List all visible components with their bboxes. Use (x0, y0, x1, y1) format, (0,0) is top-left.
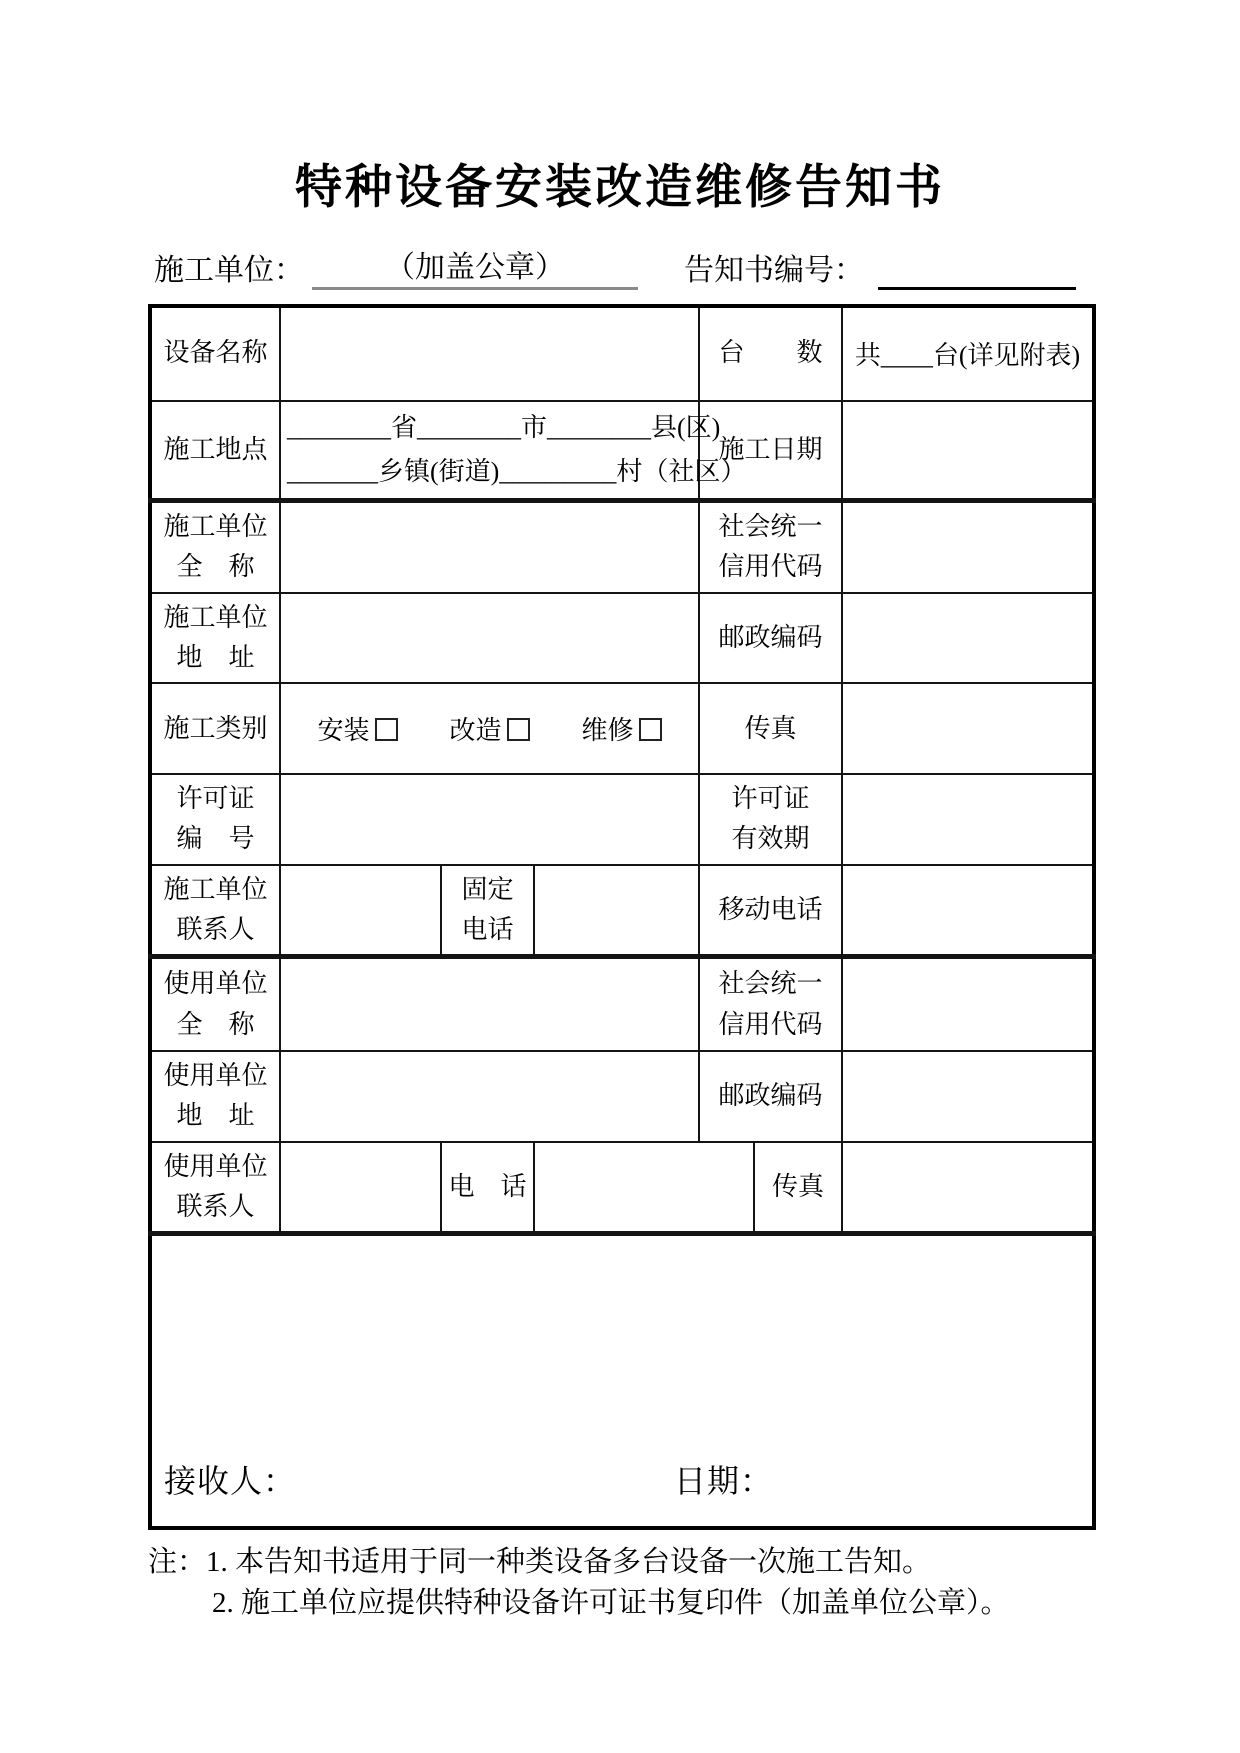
license-number-input-cell[interactable] (280, 774, 699, 865)
user-zip-input-cell[interactable] (842, 1051, 1094, 1142)
constructor-fax-input-cell[interactable] (842, 683, 1094, 774)
checkbox-repair-icon[interactable] (639, 718, 662, 741)
remarks-area[interactable]: 接收人： 日期： (150, 1234, 1094, 1528)
user-fax-input-cell[interactable] (842, 1142, 1094, 1234)
row-user-address: 使用单位 地 址 邮政编码 (150, 1051, 1094, 1142)
user-zip-label: 邮政编码 (699, 1051, 842, 1142)
license-validity-label: 许可证 有效期 (699, 774, 842, 865)
row-user-full-name: 使用单位 全 称 社会统一 信用代码 (150, 957, 1094, 1051)
construction-type-label: 施工类别 (150, 683, 280, 774)
mobile-phone-input-cell[interactable] (842, 865, 1094, 957)
notification-number-label: 告知书编号： (684, 251, 864, 290)
row-construction-type: 施工类别 安装 改造 维修 传真 (150, 683, 1094, 774)
quantity-label: 台 数 (699, 306, 842, 401)
site-address-line2: _______乡镇(街道)_________村（社区） (287, 450, 692, 494)
checkbox-repair[interactable]: 维修 (582, 710, 662, 747)
constructor-address-input-cell[interactable] (280, 593, 699, 684)
constructor-contact-label: 施工单位 联系人 (150, 865, 280, 957)
page-title: 特种设备安装改造维修告知书 (148, 156, 1092, 217)
row-license-number: 许可证 编 号 许可证 有效期 (150, 774, 1094, 865)
construction-unit-label: 施工单位： (154, 251, 304, 290)
row-device-name: 设备名称 台 数 共____台(详见附表) (150, 306, 1094, 401)
user-fax-label: 传真 (754, 1142, 842, 1234)
user-full-name-label: 使用单位 全 称 (150, 957, 280, 1051)
fixed-phone-input-cell[interactable] (534, 865, 699, 957)
user-contact-label: 使用单位 联系人 (150, 1142, 280, 1234)
device-name-input-cell[interactable] (280, 306, 699, 401)
user-full-name-input-cell[interactable] (280, 957, 699, 1051)
device-name-label: 设备名称 (150, 306, 280, 401)
constructor-credit-code-label: 社会统一 信用代码 (699, 500, 842, 592)
constructor-credit-code-input-cell[interactable] (842, 500, 1094, 592)
constructor-zip-label: 邮政编码 (699, 593, 842, 684)
user-credit-code-input-cell[interactable] (842, 957, 1094, 1051)
notification-form-table: 设备名称 台 数 共____台(详见附表) 施工地点 ________省____… (148, 304, 1096, 1530)
notification-number-blank[interactable] (878, 252, 1076, 290)
checkbox-install-icon[interactable] (375, 718, 398, 741)
row-remarks: 接收人： 日期： (150, 1234, 1094, 1528)
constructor-address-label: 施工单位 地 址 (150, 593, 280, 684)
row-user-contact: 使用单位 联系人 电 话 传真 (150, 1142, 1094, 1234)
receiver-label: 接收人： (164, 1456, 296, 1502)
constructor-contact-input-cell[interactable] (280, 865, 441, 957)
user-credit-code-label: 社会统一 信用代码 (699, 957, 842, 1051)
checkbox-install[interactable]: 安装 (317, 710, 397, 747)
footnote-1: 注：1. 本告知书适用于同一种类设备多台设备一次施工告知。 (148, 1542, 1092, 1583)
row-constructor-contact: 施工单位 联系人 固定 电话 移动电话 (150, 865, 1094, 957)
construction-date-input-cell[interactable] (842, 401, 1094, 501)
header-line: 施工单位：（加盖公章）告知书编号： (148, 249, 1092, 290)
license-number-label: 许可证 编 号 (150, 774, 280, 865)
checkbox-modify-icon[interactable] (507, 718, 530, 741)
fixed-phone-label: 固定 电话 (441, 865, 534, 957)
construction-site-input-cell[interactable]: ________省________市________县(区) _______乡镇… (280, 401, 699, 501)
constructor-full-name-input-cell[interactable] (280, 500, 699, 592)
date-label: 日期： (674, 1456, 773, 1502)
user-phone-label: 电 话 (441, 1142, 534, 1234)
construction-type-options-cell: 安装 改造 维修 (280, 683, 699, 774)
user-phone-input-cell[interactable] (534, 1142, 754, 1234)
license-validity-input-cell[interactable] (842, 774, 1094, 865)
document-page: 特种设备安装改造维修告知书 施工单位：（加盖公章）告知书编号： 设备名称 台 数… (0, 0, 1240, 1753)
constructor-zip-input-cell[interactable] (842, 593, 1094, 684)
constructor-full-name-label: 施工单位 全 称 (150, 500, 280, 592)
footnotes: 注：1. 本告知书适用于同一种类设备多台设备一次施工告知。 2. 施工单位应提供… (148, 1542, 1092, 1624)
constructor-fax-label: 传真 (699, 683, 842, 774)
row-constructor-address: 施工单位 地 址 邮政编码 (150, 593, 1094, 684)
construction-site-label: 施工地点 (150, 401, 280, 501)
quantity-value: 共____台(详见附表) (842, 306, 1094, 401)
checkbox-repair-label: 维修 (582, 716, 634, 745)
footnote-2: 2. 施工单位应提供特种设备许可证书复印件（加盖单位公章）。 (148, 1583, 1092, 1624)
construction-unit-seal-blank[interactable]: （加盖公章） (312, 249, 638, 290)
row-construction-site: 施工地点 ________省________市________县(区) ____… (150, 401, 1094, 501)
site-address-line1: ________省________市________县(区) (287, 406, 692, 450)
checkbox-modify-label: 改造 (450, 716, 502, 745)
checkbox-install-label: 安装 (317, 716, 369, 745)
mobile-phone-label: 移动电话 (699, 865, 842, 957)
checkbox-modify[interactable]: 改造 (450, 710, 530, 747)
user-address-input-cell[interactable] (280, 1051, 699, 1142)
row-constructor-full-name: 施工单位 全 称 社会统一 信用代码 (150, 500, 1094, 592)
user-address-label: 使用单位 地 址 (150, 1051, 280, 1142)
user-contact-input-cell[interactable] (280, 1142, 441, 1234)
